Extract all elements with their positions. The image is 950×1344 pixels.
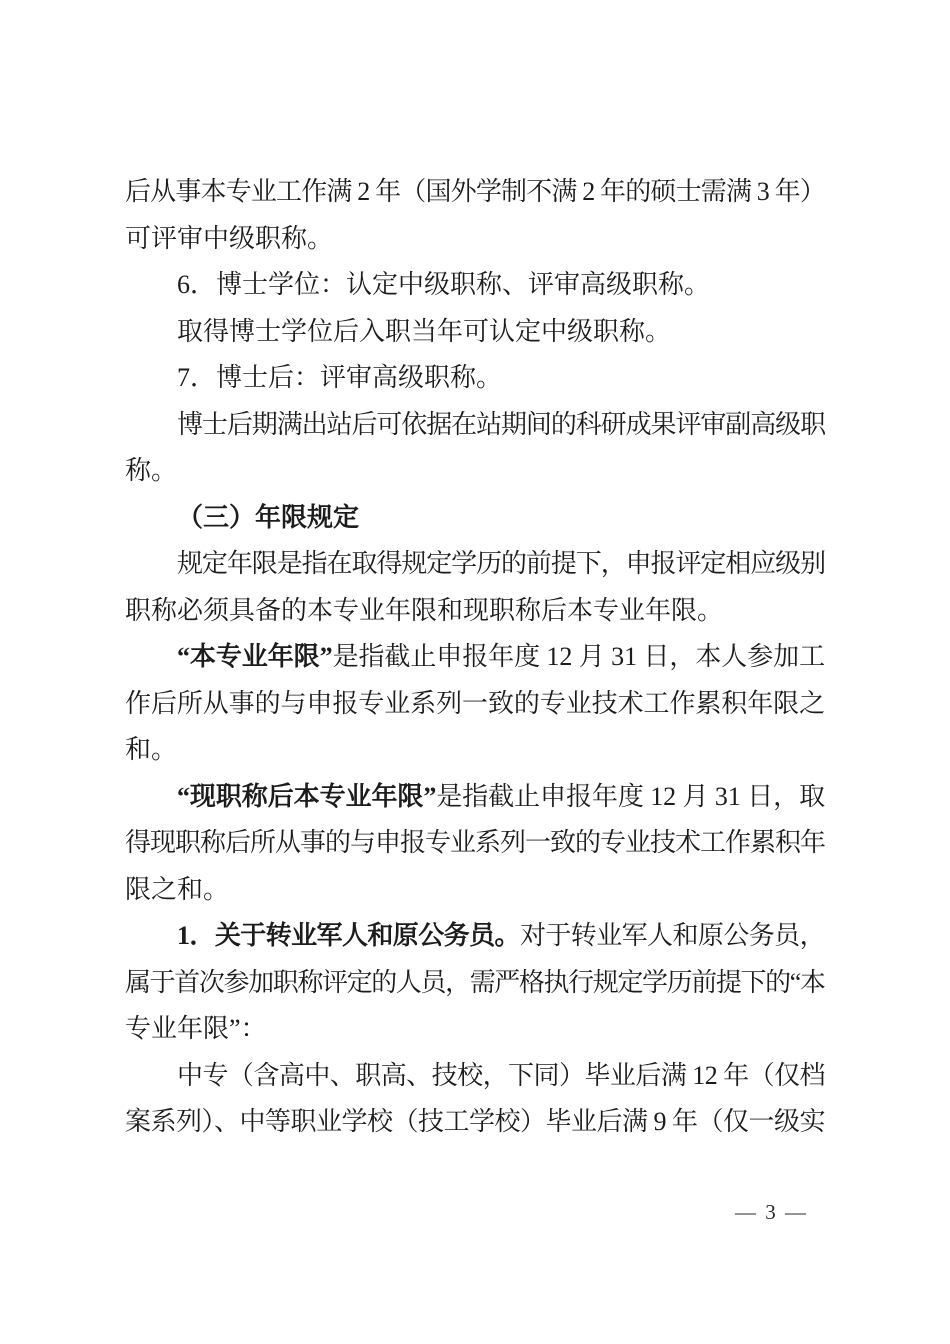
text-line: 作后所从事的与申报专业系列一致的专业技术工作累积年限之 (125, 681, 825, 728)
list-item-line: 6．博士学位：认定中级职称、评审高级职称。 (125, 262, 825, 309)
term-definition-line: “本专业年限”是指截止申报年度 12 月 31 日，本人参加工 (125, 634, 825, 681)
text-run: 中专（含高中、职高、技校，下同）毕业后满 12 年（仅档 (177, 1061, 825, 1090)
text-run: 是指截止申报年度 12 月 31 日，取 (436, 782, 825, 811)
text-line: 规定年限是指在取得规定学历的前提下，申报评定相应级别 (125, 541, 825, 588)
text-run: 案系列）、中等职业学校（技工学校）毕业后满 9 年（仅一级实 (125, 1107, 825, 1136)
text-run: 7．博士后：评审高级职称。 (177, 363, 502, 392)
text-run: 限之和。 (125, 875, 229, 904)
text-line: 限之和。 (125, 867, 825, 914)
text-run: 是指截止申报年度 12 月 31 日，本人参加工 (333, 642, 825, 671)
text-run: 属于首次参加职称评定的人员，需严格执行规定学历前提下的“本 (125, 968, 825, 997)
list-item-line: 7．博士后：评审高级职称。 (125, 355, 825, 402)
text-line: 属于首次参加职称评定的人员，需严格执行规定学历前提下的“本 (125, 960, 825, 1007)
text-run: 博士后期满出站后可依据在站期间的科研成果评审副高级职 (177, 410, 825, 439)
text-run: 称。 (125, 456, 177, 485)
text-run: 作后所从事的与申报专业系列一致的专业技术工作累积年限之 (125, 689, 825, 718)
text-run: 和。 (125, 735, 177, 764)
text-line: 取得博士学位后入职当年可认定中级职称。 (125, 309, 825, 356)
section-heading-line: （三）年限规定 (125, 495, 825, 542)
text-run: 6．博士学位：认定中级职称、评审高级职称。 (177, 270, 710, 299)
text-run: 职称必须具备的本专业年限和现职称后本专业年限。 (125, 596, 723, 625)
text-run: 专业年限”： (125, 1014, 267, 1043)
text-line: 职称必须具备的本专业年限和现职称后本专业年限。 (125, 588, 825, 635)
defined-term: “本专业年限” (177, 642, 333, 671)
document-page: 后从事本专业工作满 2 年（国外学制不满 2 年的硕士需满 3 年） 可评审中级… (0, 0, 950, 1344)
text-line: 后从事本专业工作满 2 年（国外学制不满 2 年的硕士需满 3 年） (125, 169, 825, 216)
text-line: 中专（含高中、职高、技校，下同）毕业后满 12 年（仅档 (125, 1053, 825, 1100)
document-body: 后从事本专业工作满 2 年（国外学制不满 2 年的硕士需满 3 年） 可评审中级… (125, 169, 825, 1146)
text-line: 可评审中级职称。 (125, 216, 825, 263)
clause-heading-line: 1．关于转业军人和原公务员。对于转业军人和原公务员， (125, 913, 825, 960)
page-number: — 3 — (735, 1196, 808, 1228)
text-run: 对于转业军人和原公务员， (520, 921, 825, 950)
text-line: 案系列）、中等职业学校（技工学校）毕业后满 9 年（仅一级实 (125, 1099, 825, 1146)
text-run: 后从事本专业工作满 2 年（国外学制不满 2 年的硕士需满 3 年） (125, 177, 825, 206)
text-run: 取得博士学位后入职当年可认定中级职称。 (177, 317, 671, 346)
text-run: 得现职称后所从事的与申报专业系列一致的专业技术工作累积年 (125, 828, 825, 857)
text-line: 专业年限”： (125, 1006, 825, 1053)
text-line: 得现职称后所从事的与申报专业系列一致的专业技术工作累积年 (125, 820, 825, 867)
text-run: 规定年限是指在取得规定学历的前提下，申报评定相应级别 (177, 549, 825, 578)
text-line: 称。 (125, 448, 825, 495)
defined-term: “现职称后本专业年限” (177, 782, 436, 811)
term-definition-line: “现职称后本专业年限”是指截止申报年度 12 月 31 日，取 (125, 774, 825, 821)
text-line: 和。 (125, 727, 825, 774)
text-run: 可评审中级职称。 (125, 224, 333, 253)
section-heading: （三）年限规定 (177, 503, 359, 532)
text-line: 博士后期满出站后可依据在站期间的科研成果评审副高级职 (125, 402, 825, 449)
clause-heading: 1．关于转业军人和原公务员。 (177, 921, 520, 950)
